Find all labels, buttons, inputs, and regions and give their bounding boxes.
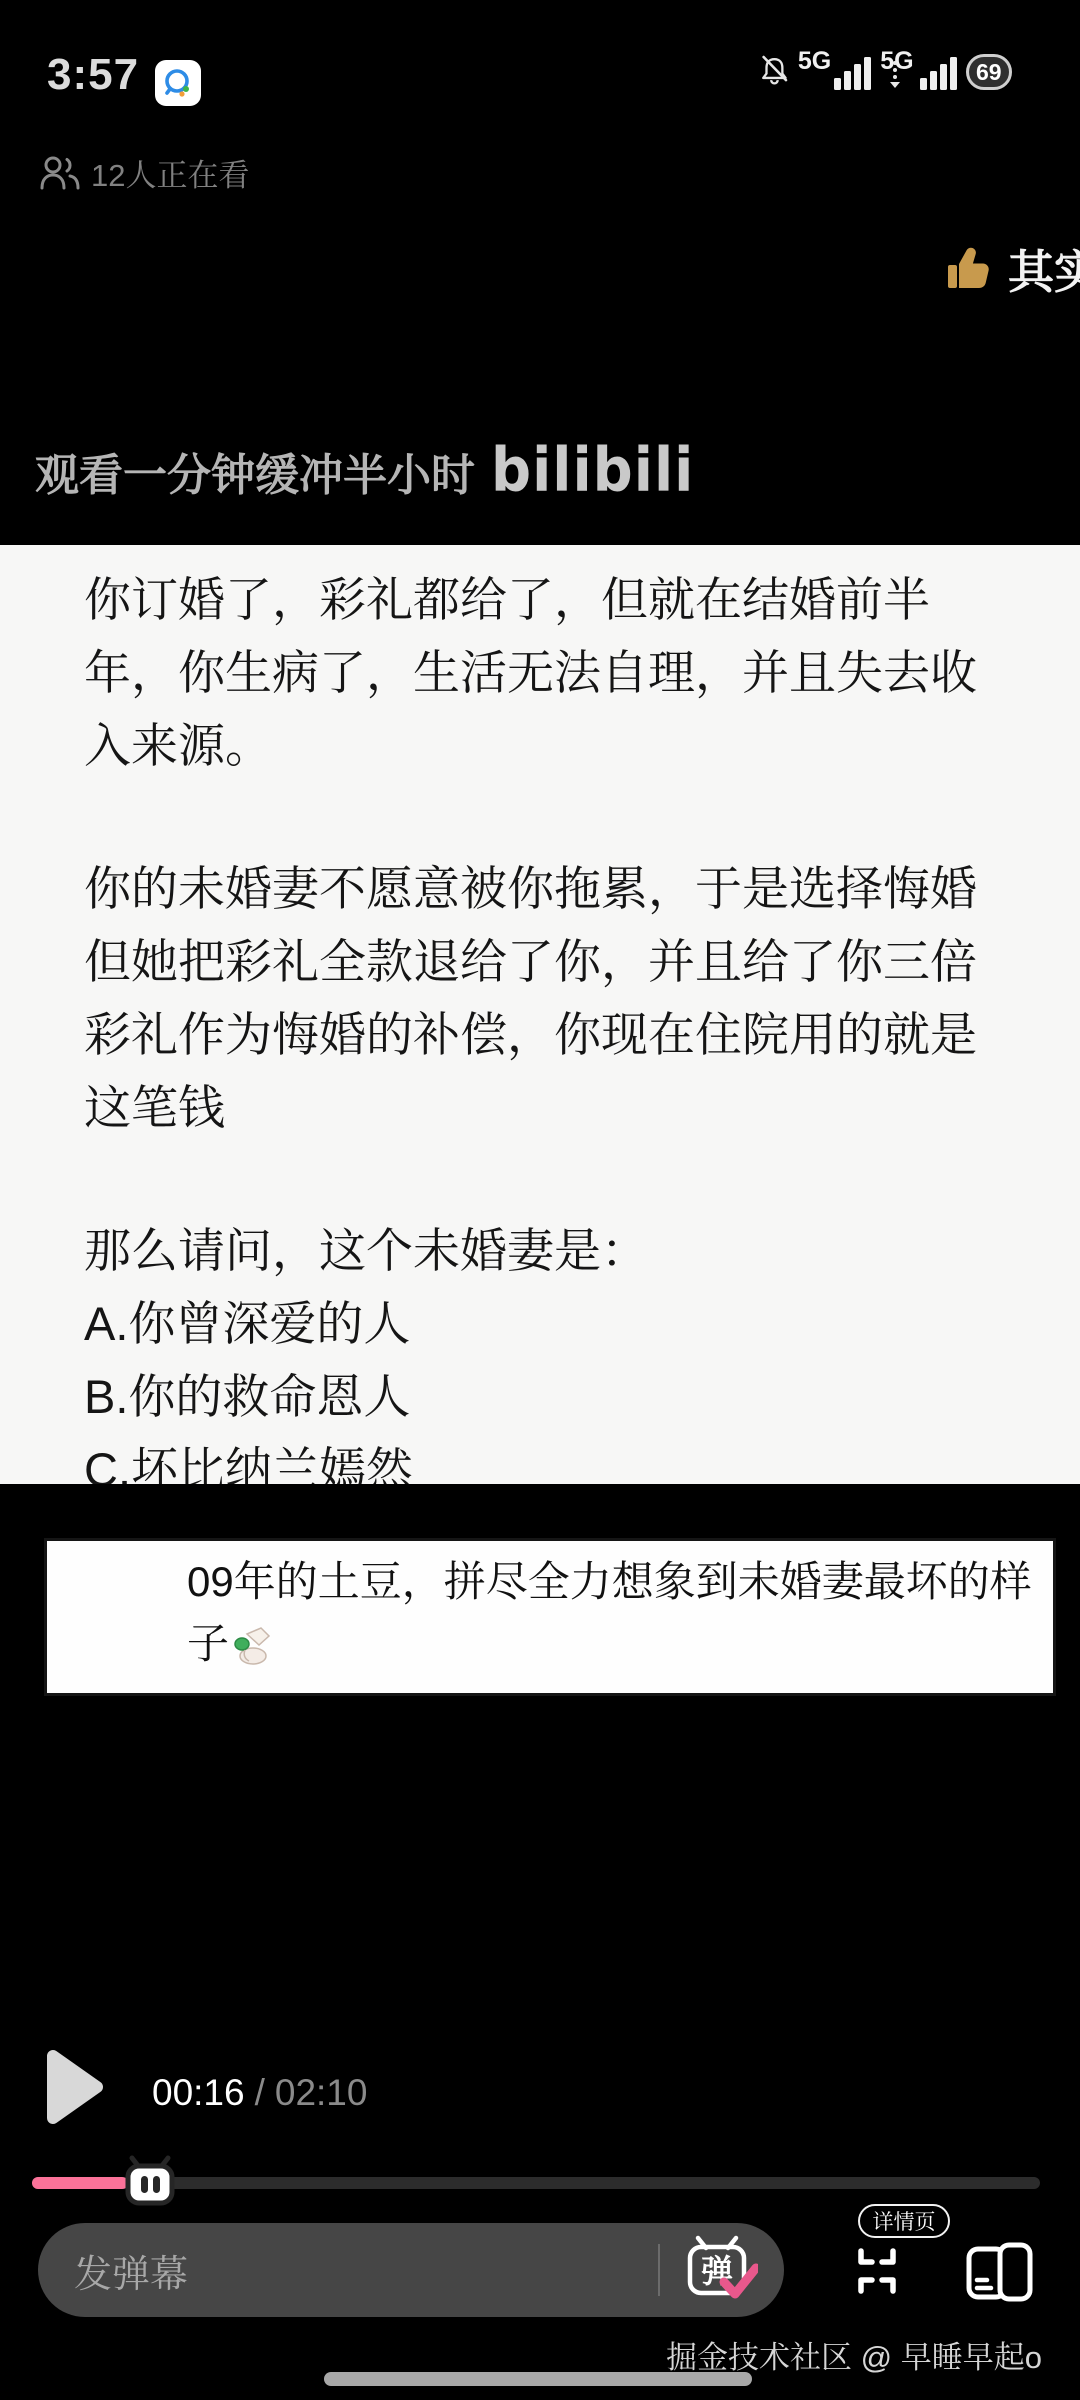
input-divider	[658, 2244, 660, 2296]
danmaku-text: 其实	[1008, 236, 1080, 302]
current-time: 00:16	[152, 2072, 245, 2114]
signal-bars-icon	[920, 56, 957, 90]
pip-window-icon[interactable]	[966, 2242, 1034, 2302]
bell-muted-icon	[760, 48, 789, 92]
content-paragraph: 你的未婚妻不愿意被你拖累，于是选择悔婚但她把彩礼全款退给了你，并且给了你三倍彩礼…	[84, 852, 1050, 1144]
content-line: 入来源。	[84, 709, 1050, 782]
progress-bar[interactable]	[32, 2177, 1040, 2189]
danmaku-input[interactable]: 发弹幕 弹	[38, 2223, 784, 2317]
bilibili-logo: bilibili	[491, 435, 694, 505]
watermark-caption: 观看一分钟缓冲半小时	[35, 439, 475, 503]
comment-text: 09年的土豆，拼尽全力想象到未婚妻最坏的样子	[187, 1558, 1032, 1667]
danmaku-liked[interactable]: 其实	[946, 236, 1080, 302]
status-time: 3:57	[47, 50, 139, 100]
content-line: 你订婚了，彩礼都给了，但就在结婚前半	[84, 563, 1050, 636]
video-content-panel: 你订婚了，彩礼都给了，但就在结婚前半年，你生病了，生活无法自理，并且失去收入来源…	[0, 545, 1080, 1484]
message-app-icon	[155, 60, 201, 106]
detail-page-button[interactable]: 详情页	[858, 2204, 950, 2238]
kneeling-emote-icon	[229, 1622, 273, 1666]
danmaku-placeholder: 发弹幕	[74, 2243, 658, 2298]
progress-thumb-tv-icon[interactable]	[124, 2155, 176, 2207]
sim1-signal: 5G	[798, 56, 871, 90]
video-watermark-row: 观看一分钟缓冲半小时 bilibili	[35, 438, 694, 503]
people-icon	[38, 154, 82, 192]
footer-watermark: 掘金技术社区 @ 早睡早起o	[666, 2332, 1042, 2377]
thumbs-up-icon	[946, 246, 994, 292]
comment-box: 09年的土豆，拼尽全力想象到未婚妻最坏的样子	[44, 1538, 1056, 1696]
content-line: 这笔钱	[84, 1071, 1050, 1144]
sim2-signal: 5G	[880, 56, 956, 90]
content-line: A.你曾深爱的人	[84, 1287, 1050, 1360]
content-paragraph: 那么请问，这个未婚妻是：A.你曾深爱的人B.你的救命恩人C.坏比纳兰嫣然	[84, 1214, 1050, 1484]
progress-fill	[32, 2177, 128, 2189]
content-line: C.坏比纳兰嫣然	[84, 1433, 1050, 1484]
content-line: 彩礼作为悔婚的补偿，你现在住院用的就是	[84, 998, 1050, 1071]
danmaku-toggle-icon[interactable]: 弹	[682, 2234, 758, 2306]
home-indicator[interactable]	[324, 2372, 752, 2386]
bilibili-video-player-screen: 3:57 5G 5G 69	[0, 0, 1080, 2400]
content-line: 那么请问，这个未婚妻是：	[84, 1214, 1050, 1287]
content-line: 你的未婚妻不愿意被你拖累，于是选择悔婚	[84, 852, 1050, 925]
content-paragraph: 你订婚了，彩礼都给了，但就在结婚前半年，你生病了，生活无法自理，并且失去收入来源…	[84, 563, 1050, 782]
status-icons: 5G 5G 69	[760, 40, 1012, 90]
time-display: 00:16 / 02:10	[152, 2072, 367, 2114]
content-line: B.你的救命恩人	[84, 1360, 1050, 1433]
content-line: 但她把彩礼全款退给了你，并且给了你三倍	[84, 925, 1050, 998]
time-separator: /	[255, 2072, 265, 2114]
content-line: 年，你生病了，生活无法自理，并且失去收	[84, 636, 1050, 709]
viewers-count: 12人正在看	[91, 150, 249, 195]
signal-bars-icon	[834, 56, 871, 90]
battery-icon: 69	[966, 54, 1012, 90]
total-duration: 02:10	[275, 2072, 368, 2114]
play-button[interactable]	[45, 2048, 105, 2126]
shrink-corners-icon[interactable]	[852, 2247, 902, 2295]
viewers-row: 12人正在看	[38, 150, 249, 195]
